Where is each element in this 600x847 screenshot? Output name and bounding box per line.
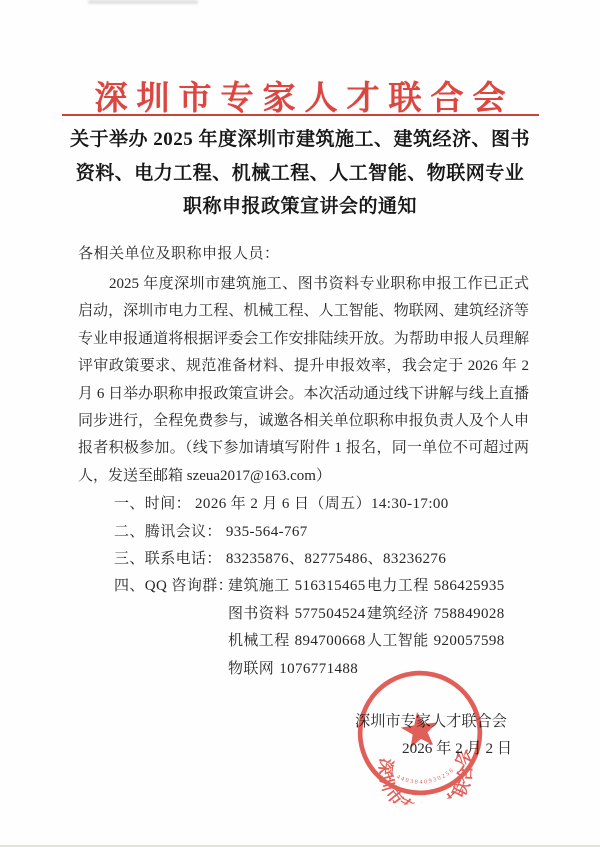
list-item-qq-groups: 四、QQ 咨询群： (114, 576, 237, 596)
body-line: 评审政策要求、规范准备材料、提升申报效率，我会定于 2026 年 2 (78, 353, 529, 380)
qq-group-number: 516315465 (295, 578, 366, 594)
qq-group-cell: 机械工程894700668 (228, 631, 366, 651)
letterhead-divider (62, 114, 539, 116)
scanned-notice-page: 深圳市专家人才联合会 关于举办 2025 年度深圳市建筑施工、建筑经济、图书 资… (0, 0, 600, 847)
list-item-tencent-meeting: 二、腾讯会议：935-564-767 (114, 522, 308, 542)
list-item-value: 935-564-767 (226, 524, 308, 540)
body-line: 专业申报通道将根据评委会工作安排陆续开放。为帮助申报人员理解 (78, 326, 529, 353)
list-item-label: 一、时间： (114, 496, 191, 512)
notice-title-line: 资料、电力工程、机械工程、人工智能、物联网专业 (0, 157, 600, 191)
qq-group-name: 建筑经济 (367, 606, 429, 622)
qq-group-number: 586425935 (434, 578, 505, 594)
signature-org-name: 深圳市专家人才联合会 (355, 712, 507, 732)
body-line: 报者积极参加。（线下参加请填写附件 1 报名，同一单位不可超过两 (78, 435, 529, 462)
letterhead-org-name: 深圳市专家人才联合会 (0, 72, 600, 119)
qq-group-cell: 建筑经济758849028 (367, 604, 505, 624)
qq-group-name: 图书资料 (228, 606, 290, 622)
notice-title-line: 职称申报政策宣讲会的通知 (0, 190, 600, 224)
scan-smudge (88, 0, 198, 4)
qq-group-name: 物联网 (228, 661, 274, 677)
qq-group-name: 电力工程 (367, 578, 429, 594)
qq-group-name: 机械工程 (228, 633, 290, 649)
qq-group-number: 920057598 (434, 633, 505, 649)
qq-group-cell: 建筑施工516315465 (228, 576, 366, 596)
body-line: 月 6 日举办职称申报政策宣讲会。本次活动通过线下讲解与线上直播 (78, 381, 529, 408)
qq-group-cell: 人工智能920057598 (367, 631, 505, 651)
body-line: 启动，深圳市电力工程、机械工程、人工智能、物联网、建筑经济等 (78, 298, 529, 325)
notice-title-line: 关于举办 2025 年度深圳市建筑施工、建筑经济、图书 (0, 123, 600, 157)
qq-group-number: 577504524 (295, 606, 366, 622)
list-item-value: 83235876、82775486、83236276 (226, 551, 446, 567)
seal-serial-number: 4403840930256 (395, 766, 456, 789)
seal-ring (352, 665, 487, 800)
list-item-label: 二、腾讯会议： (114, 524, 222, 540)
official-seal: 深圳市专家人才联合会 4403840930256 (342, 655, 498, 811)
qq-group-cell: 图书资料577504524 (228, 604, 366, 624)
signature-date: 2026 年 2 月 2 日 (402, 739, 512, 759)
qq-group-name: 人工智能 (367, 633, 429, 649)
qq-group-cell: 物联网1076771488 (228, 659, 358, 679)
body-paragraph: 2025 年度深圳市建筑施工、图书资料专业职称申报工作已正式 启动，深圳市电力工… (78, 271, 529, 490)
qq-group-number: 758849028 (434, 606, 505, 622)
salutation: 各相关单位及职称申报人员： (78, 244, 280, 264)
body-line: 同步进行，全程免费参与，诚邀各相关单位职称申报负责人及个人申 (78, 408, 529, 435)
list-item-value: 2026 年 2 月 6 日（周五）14:30-17:00 (195, 496, 449, 512)
list-item-label: 四、QQ 咨询群： (114, 578, 233, 594)
body-line: 人，发送至邮箱 szeua2017@163.com） (78, 463, 529, 490)
qq-group-cell: 电力工程586425935 (367, 576, 505, 596)
list-item-phone: 三、联系电话：83235876、82775486、83236276 (114, 549, 446, 569)
list-item-label: 三、联系电话： (114, 551, 222, 567)
qq-group-number: 1076771488 (279, 661, 358, 677)
list-item-time: 一、时间：2026 年 2 月 6 日（周五）14:30-17:00 (114, 494, 449, 514)
notice-title: 关于举办 2025 年度深圳市建筑施工、建筑经济、图书 资料、电力工程、机械工程… (0, 123, 600, 224)
qq-group-number: 894700668 (295, 633, 366, 649)
qq-group-name: 建筑施工 (228, 578, 290, 594)
body-line: 2025 年度深圳市建筑施工、图书资料专业职称申报工作已正式 (78, 271, 529, 298)
